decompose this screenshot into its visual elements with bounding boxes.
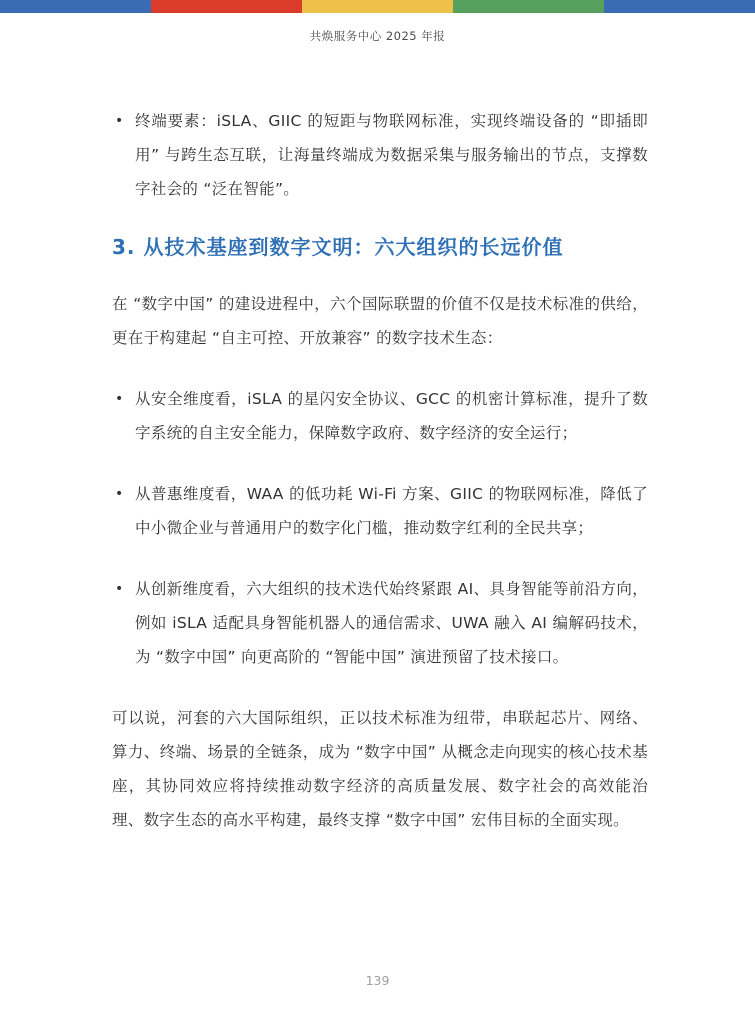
section-heading: 3. 从技术基座到数字文明：六大组织的长远价值 (112, 232, 648, 262)
bar-segment (0, 0, 151, 13)
bar-segment (302, 0, 453, 13)
bullet-item-inclusive: 从普惠维度看，WAA 的低功耗 Wi-Fi 方案、GIIC 的物联网标准，降低了… (112, 477, 648, 545)
conclusion-paragraph: 可以说，河套的六大国际组织，正以技术标准为纽带，串联起芯片、网络、算力、终端、场… (112, 701, 648, 837)
report-page: 共焕服务中心 2025 年报 终端要素：iSLA、GIIC 的短距与物联网标准，… (0, 0, 755, 1024)
report-header-title: 共焕服务中心 2025 年报 (0, 28, 755, 44)
page-content: 终端要素：iSLA、GIIC 的短距与物联网标准，实现终端设备的 “即插即用” … (112, 104, 648, 837)
dimension-bullet-list: 从安全维度看，iSLA 的星闪安全协议、GCC 的机密计算标准，提升了数字系统的… (112, 382, 648, 674)
bar-segment (151, 0, 302, 13)
lead-bullet-item: 终端要素：iSLA、GIIC 的短距与物联网标准，实现终端设备的 “即插即用” … (112, 104, 648, 206)
bullet-item-innovation: 从创新维度看，六大组织的技术迭代始终紧跟 AI、具身智能等前沿方向，例如 iSL… (112, 572, 648, 674)
top-bar (0, 0, 755, 13)
bar-segment (453, 0, 604, 13)
page-number: 139 (0, 973, 755, 988)
bullet-item-security: 从安全维度看，iSLA 的星闪安全协议、GCC 的机密计算标准，提升了数字系统的… (112, 382, 648, 450)
section-intro-paragraph: 在 “数字中国” 的建设进程中，六个国际联盟的价值不仅是技术标准的供给，更在于构… (112, 287, 648, 355)
bar-segment (604, 0, 755, 13)
